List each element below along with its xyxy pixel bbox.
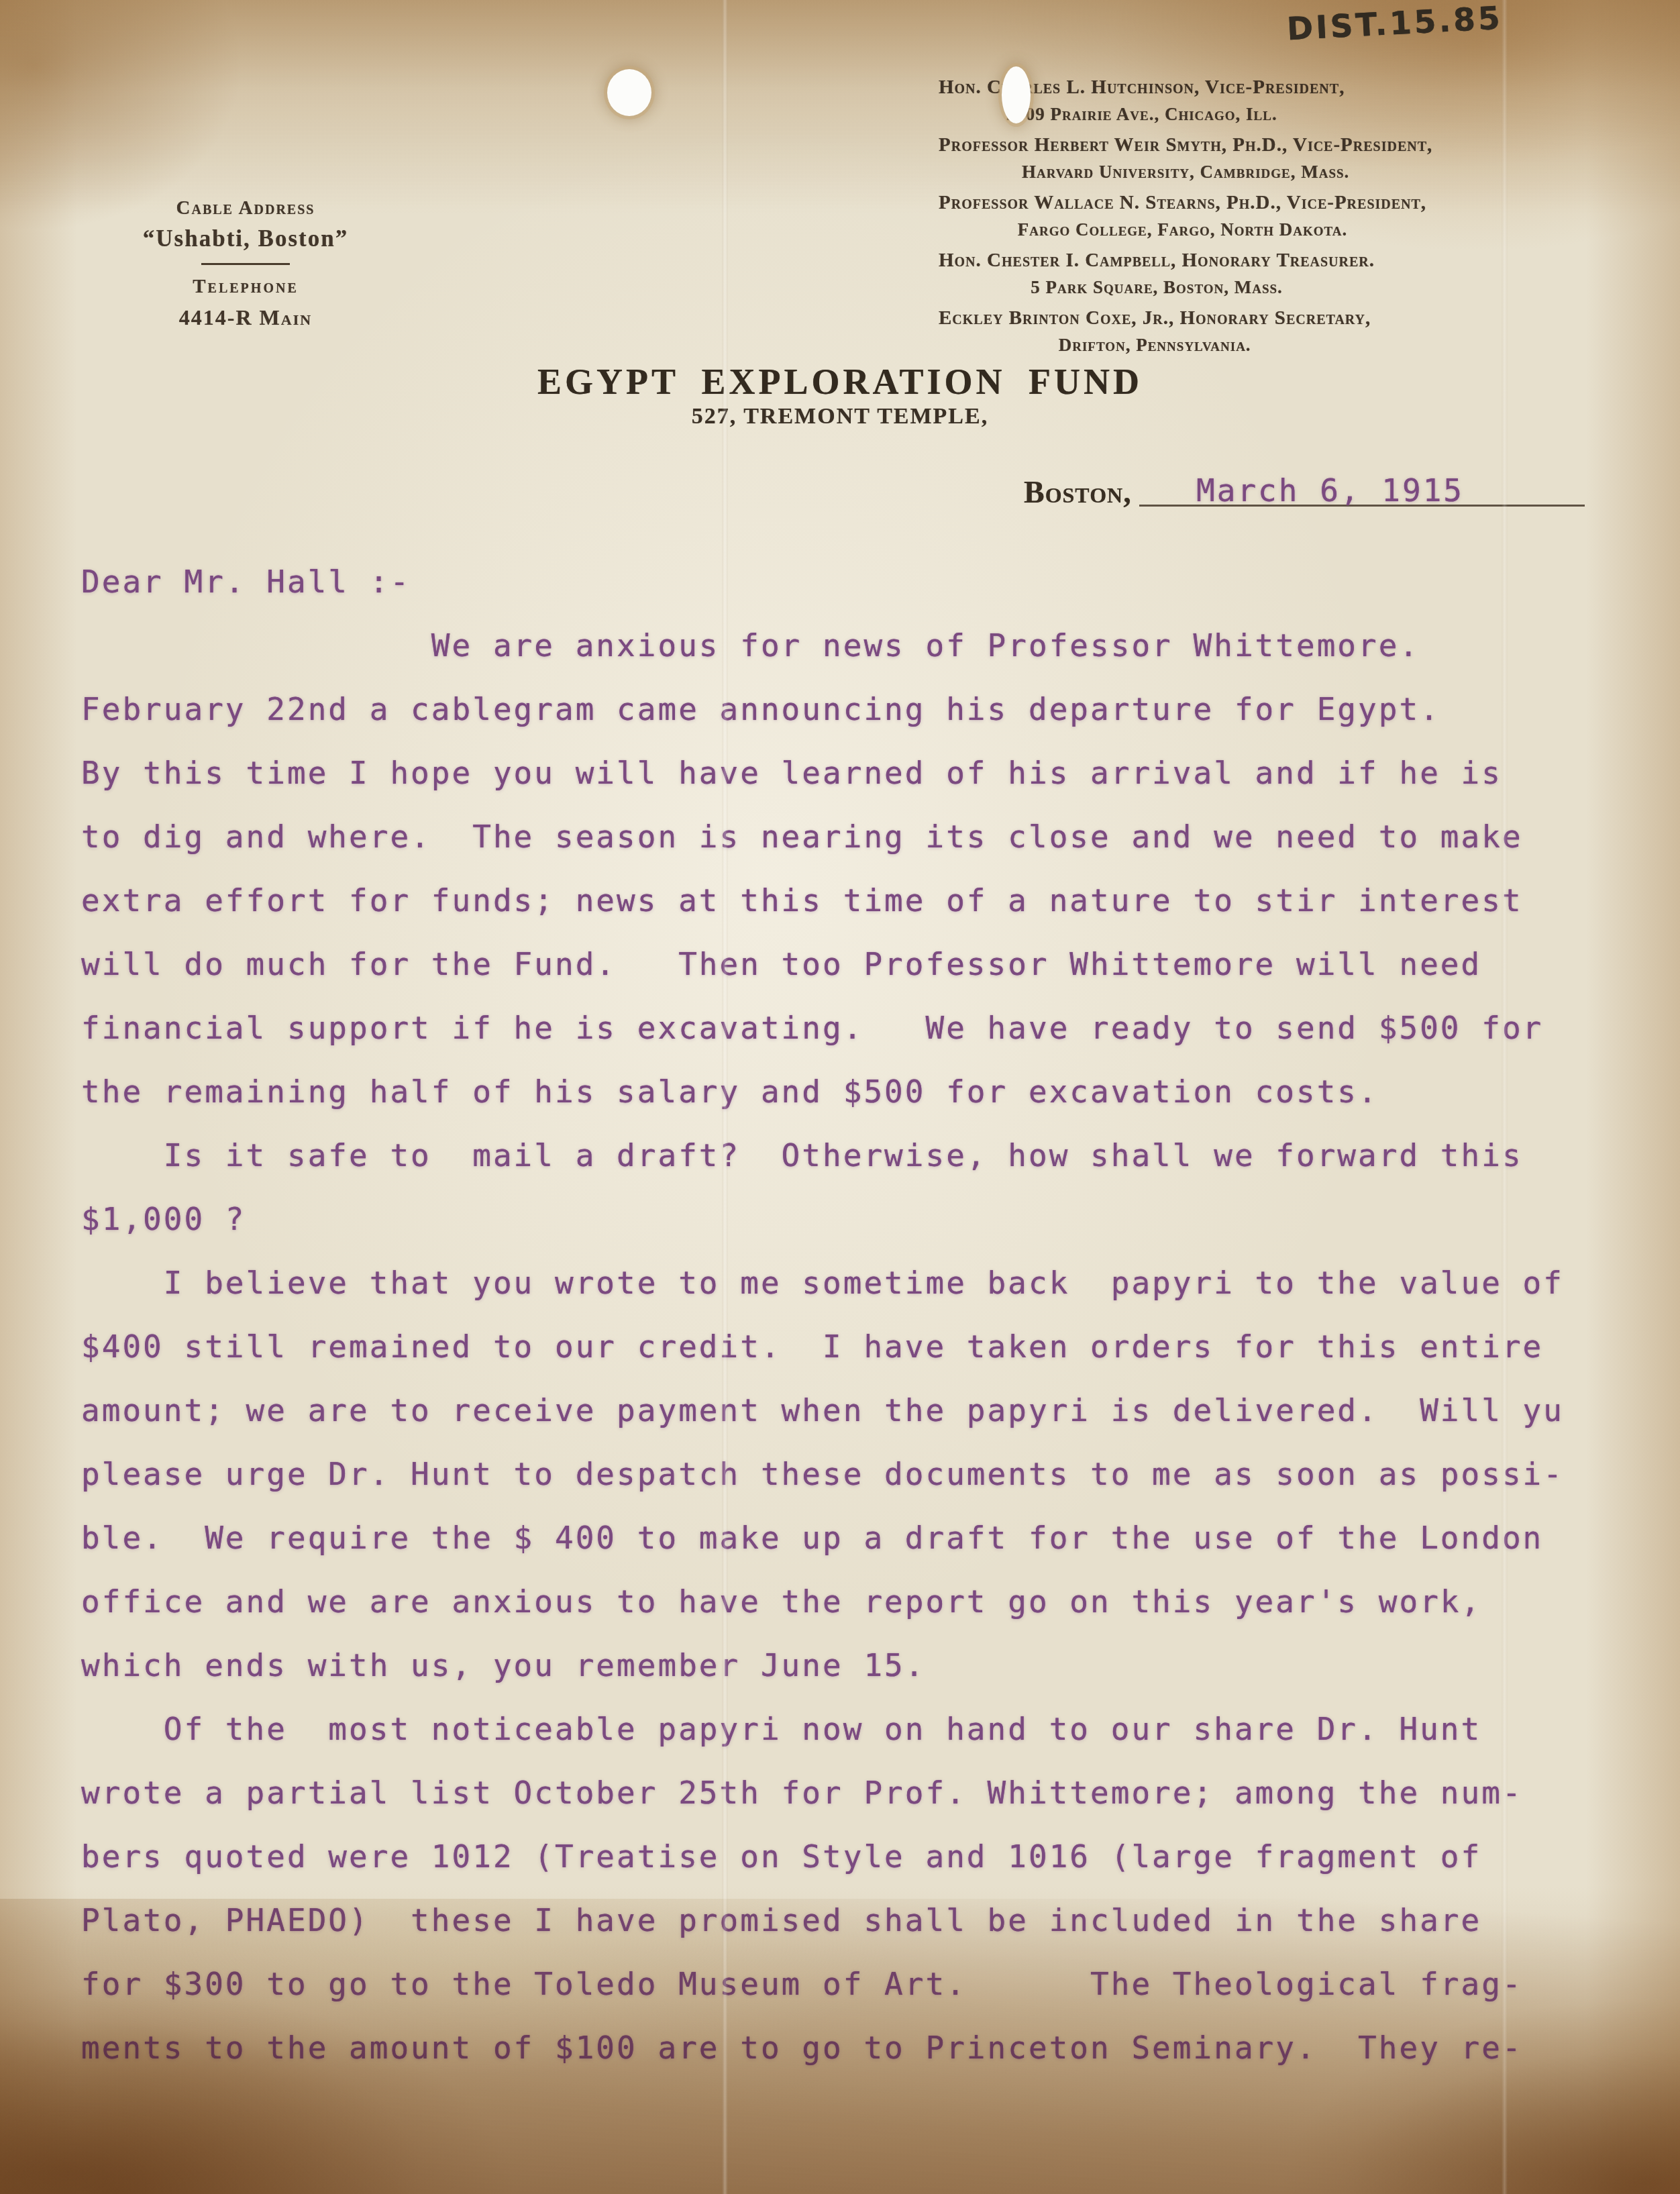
- letter-line: which ends with us, you remember June 15…: [81, 1634, 1671, 1697]
- officer-address: Fargo College, Fargo, North Dakota.: [939, 216, 1426, 243]
- officer-name: Professor Herbert Weir Smyth, Ph.D., Vic…: [939, 132, 1432, 158]
- officer-name: Eckley Brinton Coxe, Jr., Honorary Secre…: [939, 305, 1371, 331]
- letter-line: $400 still remained to our credit. I hav…: [81, 1315, 1671, 1379]
- letter-line: office and we are anxious to have the re…: [81, 1570, 1671, 1634]
- officer-name: Hon. Chester I. Campbell, Honorary Treas…: [939, 247, 1375, 274]
- officer-name: Professor Wallace N. Stearns, Ph.D., Vic…: [939, 189, 1426, 216]
- officer-entry: Hon. Charles L. Hutchinson, Vice-Preside…: [939, 74, 1345, 127]
- letter-line: to dig and where. The season is nearing …: [81, 805, 1671, 869]
- letter-line: Of the most noticeable papyri now on han…: [81, 1697, 1671, 1761]
- officer-entry: Professor Wallace N. Stearns, Ph.D., Vic…: [939, 189, 1426, 243]
- punch-hole: [1002, 66, 1031, 123]
- salutation: Dear Mr. Hall :-: [81, 550, 1671, 614]
- officer-entry: Hon. Chester I. Campbell, Honorary Treas…: [939, 247, 1375, 301]
- officer-entry: Professor Herbert Weir Smyth, Ph.D., Vic…: [939, 132, 1432, 185]
- letter-line: ble. We require the $ 400 to make up a d…: [81, 1506, 1671, 1570]
- letter-line: We are anxious for news of Professor Whi…: [81, 614, 1671, 678]
- letter-line: Is it safe to mail a draft? Otherwise, h…: [81, 1124, 1671, 1188]
- cable-address-block: Cable Address “Ushabti, Boston” Telephon…: [99, 193, 392, 333]
- letter-line: ments to the amount of $100 are to go to…: [81, 2016, 1671, 2080]
- officer-address: Drifton, Pennsylvania.: [939, 331, 1371, 358]
- letter-line: financial support if he is excavating. W…: [81, 996, 1671, 1060]
- officer-address: Harvard University, Cambridge, Mass.: [939, 158, 1432, 185]
- dateline-city: Boston,: [1024, 474, 1132, 511]
- letter-line: amount; we are to receive payment when t…: [81, 1379, 1671, 1443]
- letter-line: I believe that you wrote to me sometime …: [81, 1251, 1671, 1315]
- punch-hole: [607, 69, 651, 116]
- letter-body: Dear Mr. Hall :- We are anxious for news…: [81, 550, 1671, 2080]
- officer-name: Hon. Charles L. Hutchinson, Vice-Preside…: [939, 74, 1345, 101]
- telephone-label: Telephone: [99, 272, 392, 301]
- letter-line: By this time I hope you will have learne…: [81, 741, 1671, 805]
- letter-line: please urge Dr. Hunt to despatch these d…: [81, 1443, 1671, 1506]
- officer-address: 2709 Prairie Ave., Chicago, Ill.: [939, 101, 1345, 127]
- letter-line: bers quoted were 1012 (Treatise on Style…: [81, 1825, 1671, 1889]
- organization-address: 527, TREMONT TEMPLE,: [0, 404, 1680, 429]
- letter-line: wrote a partial list October 25th for Pr…: [81, 1761, 1671, 1825]
- letter-line: $1,000 ?: [81, 1188, 1671, 1251]
- letter-line: the remaining half of his salary and $50…: [81, 1060, 1671, 1124]
- letter-line: will do much for the Fund. Then too Prof…: [81, 933, 1671, 996]
- letter-line: for $300 to go to the Toledo Museum of A…: [81, 1952, 1671, 2016]
- typed-date: March 6, 1915: [1196, 475, 1464, 506]
- divider-rule: [201, 263, 290, 265]
- letter-line: extra effort for funds; news at this tim…: [81, 869, 1671, 933]
- officer-address: 5 Park Square, Boston, Mass.: [939, 274, 1375, 301]
- letter-line: Plato, PHAEDO) these I have promised sha…: [81, 1889, 1671, 1952]
- scanned-letter-page: DIST.15.85 Cable Address “Ushabti, Bosto…: [0, 0, 1680, 2194]
- cable-address-label: Cable Address: [99, 193, 392, 223]
- cable-address-value: “Ushabti, Boston”: [99, 223, 392, 255]
- telephone-number: 4414-R Main: [99, 301, 392, 333]
- organization-name: EGYPT EXPLORATION FUND: [0, 361, 1680, 403]
- archival-number-annotation: DIST.15.85: [1286, 0, 1504, 48]
- letter-line: February 22nd a cablegram came announcin…: [81, 678, 1671, 741]
- officer-entry: Eckley Brinton Coxe, Jr., Honorary Secre…: [939, 305, 1371, 358]
